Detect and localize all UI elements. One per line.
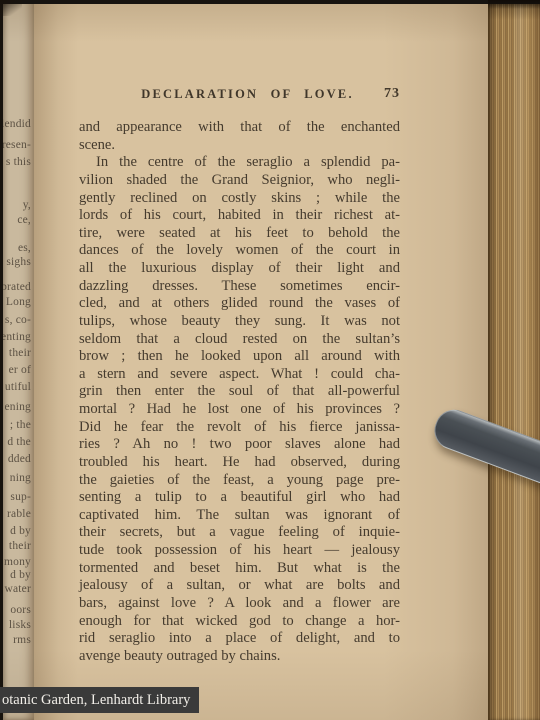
facing-page-edge: lendidresen-s thisy,ce,es,sighsbratedLon… bbox=[3, 0, 34, 720]
text-line: avenge beauty outraged by chains. bbox=[79, 648, 400, 666]
text-line: dazzling dresses. These sometimes encir- bbox=[79, 278, 400, 296]
facing-page-text-fragment: resen- bbox=[2, 139, 31, 151]
page-number: 73 bbox=[384, 86, 400, 102]
facing-page-text-fragment: their bbox=[9, 540, 31, 552]
text-line: the gaieties of the feast, a young page … bbox=[79, 472, 400, 490]
book-scan-photo: lendidresen-s thisy,ce,es,sighsbratedLon… bbox=[0, 0, 540, 720]
facing-page-text-fragment: d the bbox=[7, 436, 31, 448]
facing-page-text-fragment: sup- bbox=[10, 491, 31, 503]
running-header: DECLARATION OF LOVE. 73 bbox=[79, 87, 400, 103]
text-line: brow ; then he looked upon all around wi… bbox=[79, 348, 400, 366]
library-caption-text: otanic Garden, Lenhardt Library bbox=[2, 692, 190, 708]
facing-page-text-fragment: enting bbox=[1, 331, 31, 343]
fore-edge-page-stack bbox=[488, 0, 540, 720]
facing-page-text-fragment: water bbox=[4, 583, 31, 595]
facing-page-text-fragment: ; the bbox=[10, 419, 31, 431]
facing-page-text-fragment: mony bbox=[4, 556, 31, 568]
text-line: vilion shaded the Grand Seignior, who ne… bbox=[79, 172, 400, 190]
text-line: tormented and beset him. But what is the bbox=[79, 560, 400, 578]
text-line: scene. bbox=[79, 137, 400, 155]
facing-page-text-fragment: Long bbox=[6, 296, 31, 308]
text-line: gently reclined on costly skins ; while … bbox=[79, 190, 400, 208]
facing-page-text-fragment: oors bbox=[10, 604, 31, 616]
page-title: DECLARATION OF LOVE. bbox=[87, 87, 408, 102]
text-line: tire, were seated at his feet to behold … bbox=[79, 225, 400, 243]
text-line: bars, against love ? A look and a flower… bbox=[79, 595, 400, 613]
text-line: enough for that wicked god to change a h… bbox=[79, 613, 400, 631]
text-line: ries ? Ah no ! two poor slaves alone had bbox=[79, 436, 400, 454]
text-line: In the centre of the seraglio a splendid… bbox=[79, 154, 400, 172]
facing-page-text-fragment: lisks bbox=[9, 619, 31, 631]
text-line: mortal ? Had he lost one of his province… bbox=[79, 401, 400, 419]
facing-page-text-fragment: d by bbox=[10, 525, 31, 537]
facing-page-text-fragment: ening bbox=[4, 401, 31, 413]
facing-page-text-fragment: er of bbox=[9, 364, 31, 376]
page-text-block: and appearance with that of the enchante… bbox=[79, 119, 400, 665]
text-line: and appearance with that of the enchante… bbox=[79, 119, 400, 137]
facing-page-text-fragment: y, bbox=[23, 199, 31, 211]
text-line: their secrets, but a vague feeling of in… bbox=[79, 524, 400, 542]
facing-page-text-fragment: dded bbox=[8, 453, 31, 465]
gutter-shadow bbox=[34, 0, 78, 720]
text-line: tulips, whose beauty they sung. It was n… bbox=[79, 313, 400, 331]
photo-left-edge bbox=[0, 0, 3, 720]
text-line: cled, and at others glided round the vas… bbox=[79, 295, 400, 313]
facing-page-text-fragment: d by bbox=[10, 569, 31, 581]
facing-page-text-fragment: es, bbox=[18, 242, 31, 254]
text-line: a stern and severe aspect. What ! could … bbox=[79, 366, 400, 384]
text-line: lords of his court, habited in their ric… bbox=[79, 207, 400, 225]
library-caption-bar: otanic Garden, Lenhardt Library bbox=[0, 687, 199, 713]
text-line: all the luxurious display of their light… bbox=[79, 260, 400, 278]
facing-page-text-fragment: sighs bbox=[6, 256, 31, 268]
facing-page-text-fragment: ning bbox=[10, 472, 31, 484]
top-left-corner-shadow bbox=[0, 0, 22, 16]
facing-page-text-fragment: lendid bbox=[1, 118, 31, 130]
text-line: senting a tulip to a beautiful girl who … bbox=[79, 489, 400, 507]
text-line: dances of the lovely women of the court … bbox=[79, 242, 400, 260]
facing-page-text-fragment: s this bbox=[6, 156, 31, 168]
text-line: jealousy of a sultan, or what are bolts … bbox=[79, 577, 400, 595]
facing-page-text-fragment: rable bbox=[7, 508, 31, 520]
text-line: troubled his heart. He had observed, dur… bbox=[79, 454, 400, 472]
facing-page-text-fragment: rms bbox=[13, 634, 31, 646]
text-line: seldom that a cloud rested on the sultan… bbox=[79, 331, 400, 349]
facing-page-text-fragment: brated bbox=[1, 281, 31, 293]
text-line: captivated him. The sultan was ignorant … bbox=[79, 507, 400, 525]
text-line: grin then enter the soul of that all-pow… bbox=[79, 383, 400, 401]
text-line: Did he fear the revolt of his fierce jan… bbox=[79, 419, 400, 437]
facing-page-text-fragment: ce, bbox=[17, 214, 31, 226]
text-line: tude took possession of his heart — jeal… bbox=[79, 542, 400, 560]
facing-page-text-fragment: s, co- bbox=[5, 314, 31, 326]
text-line: rid seraglio into a place of delight, an… bbox=[79, 630, 400, 648]
top-right-corner-shadow bbox=[488, 0, 540, 9]
facing-page-text-fragment: utiful bbox=[5, 381, 31, 393]
facing-page-text-fragment: their bbox=[9, 347, 31, 359]
top-edge-shadow bbox=[0, 0, 540, 4]
